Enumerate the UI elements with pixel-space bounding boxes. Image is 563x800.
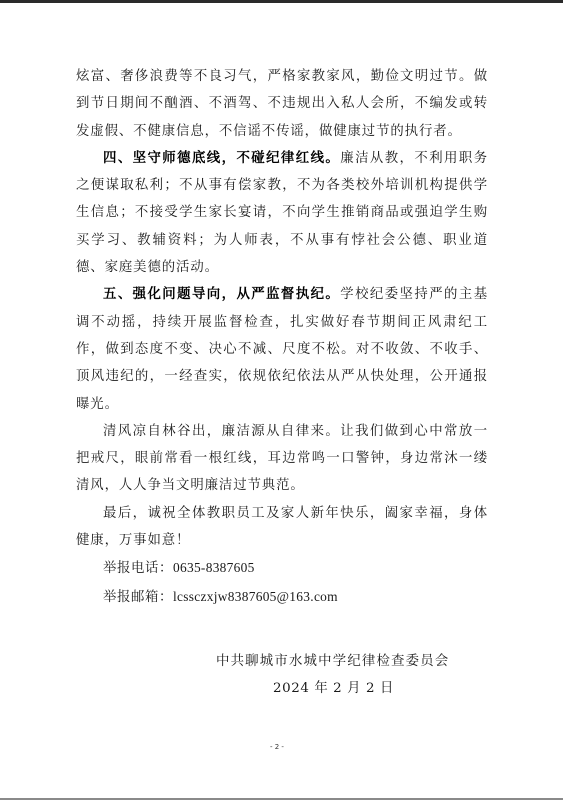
page-number: - 2 - <box>270 743 284 751</box>
section-5-text: 学校纪委坚持严的主基调不动摇，持续开展监督检查，扎实做好春节期间正风肃纪工作，做… <box>76 287 488 411</box>
section-4-heading: 四、坚守师德底线，不碰纪律红线。 <box>103 150 340 166</box>
signature-organization: 中共聊城市水城中学纪律检查委员会 <box>216 649 449 675</box>
signature-date: 2024 年 2 月 2 日 <box>273 676 394 702</box>
paragraph-closing-1: 清风凉自林谷出，廉洁源从自律来。让我们做到心中常放一把戒尺，眼前常看一根红线，耳… <box>76 418 488 500</box>
paragraph-section-4: 四、坚守师德底线，不碰纪律红线。廉洁从教，不利用职务之便谋取私利；不从事有偿家教… <box>76 145 488 281</box>
paragraph-1: 炫富、奢侈浪费等不良习气，严格家教家风，勤俭文明过节。做到节日期间不酗酒、不酒驾… <box>76 63 488 145</box>
report-email-label: 举报邮箱： <box>103 590 173 605</box>
document-body: 炫富、奢侈浪费等不良习气，严格家教家风，勤俭文明过节。做到节日期间不酗酒、不酒驾… <box>76 63 488 611</box>
section-5-heading: 五、强化问题导向，从严监督执纪。 <box>103 286 340 302</box>
closing-1-text: 清风凉自林谷出，廉洁源从自律来。让我们做到心中常放一把戒尺，眼前常看一根红线，耳… <box>76 424 488 494</box>
report-phone-value: 0635-8387605 <box>173 560 255 575</box>
paragraph-section-5: 五、强化问题导向，从严监督执纪。学校纪委坚持严的主基调不动摇，持续开展监督检查，… <box>76 281 488 417</box>
top-border <box>0 0 563 3</box>
report-email-value: lcssczxjw8387605@163.com <box>173 589 338 604</box>
report-phone: 举报电话：0635-8387605 <box>76 554 488 582</box>
report-phone-label: 举报电话： <box>103 561 173 576</box>
paragraph-1-text: 炫富、奢侈浪费等不良习气，严格家教家风，勤俭文明过节。做到节日期间不酗酒、不酒驾… <box>76 69 488 139</box>
section-4-text: 廉洁从教，不利用职务之便谋取私利；不从事有偿家教，不为各类校外培训机构提供学生信… <box>76 151 488 275</box>
closing-2-text: 最后，诚祝全体教职员工及家人新年快乐，阖家幸福，身体健康，万事如意！ <box>76 506 488 548</box>
report-email: 举报邮箱：lcssczxjw8387605@163.com <box>76 583 488 611</box>
paragraph-closing-2: 最后，诚祝全体教职员工及家人新年快乐，阖家幸福，身体健康，万事如意！ <box>76 500 488 555</box>
